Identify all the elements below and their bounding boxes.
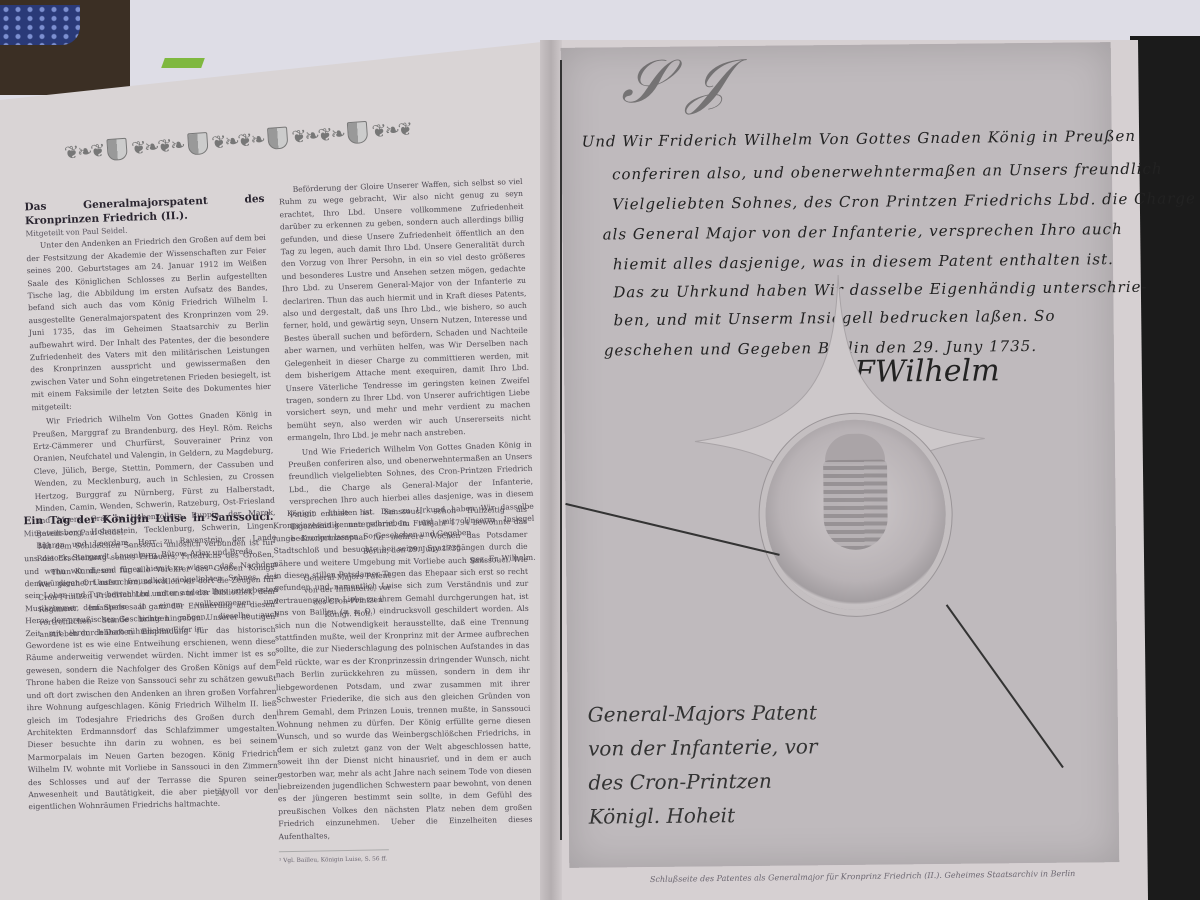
- docket-line: Königl. Hoheit: [589, 797, 819, 833]
- article2-text-col1: Mit dem Schlößchen Sanssouci unlöslich v…: [24, 537, 279, 814]
- docket-line: General-Majors Patent: [588, 695, 818, 731]
- shield-icon: [187, 132, 208, 155]
- wax-seal: [765, 419, 947, 611]
- book-gutter: [540, 40, 562, 900]
- facsimile-line: als General Major von der Infanterie, ve…: [603, 220, 1123, 243]
- shield-icon: [107, 138, 128, 161]
- vine-ornament-icon: ❦❧❦❧: [131, 134, 185, 159]
- shield-icon: [267, 126, 288, 149]
- background-green-object: [161, 58, 205, 68]
- docket-line: von der Infanterie, vor: [588, 729, 818, 765]
- article1-continuation: Beförderung der Gloire Unserer Waffen, s…: [278, 176, 531, 445]
- facsimile-docket: General-Majors Patent von der Infanterie…: [588, 695, 819, 833]
- facsimile-plate: 𝒮 𝒥 Und Wir Friderich Wilhelm Von Gottes…: [561, 42, 1120, 868]
- facsimile-line: conferiren also, und obenerwehntermaßen …: [612, 160, 1163, 184]
- article2-column-left: Ein Tag der Königin Luise in Sanssouci. …: [23, 510, 278, 816]
- article2-byline: Mitgeteilt von Paul Seidel.: [24, 528, 126, 539]
- plate-border-line: [560, 60, 562, 840]
- footnote-rule: [279, 849, 389, 852]
- shield-icon: [347, 121, 368, 144]
- docket-line: des Cron-Printzen: [588, 763, 818, 799]
- article2-text-col2: Königin Luise hat Sanssouci schon frühze…: [273, 504, 533, 843]
- page-number: 240: [215, 790, 228, 798]
- article2-column-right: Königin Luise hat Sanssouci schon frühze…: [273, 504, 533, 868]
- vine-ornament-icon: ❦❧❦❧: [291, 123, 345, 148]
- article1-intro: Unter den Andenken an Friedrich den Groß…: [26, 232, 272, 414]
- vine-ornament-icon: ❦❧❦❧: [211, 129, 265, 154]
- vine-ornament-icon: ❦❧❦: [371, 118, 412, 142]
- flourish-ornament-icon: 𝒮 𝒥: [621, 46, 729, 117]
- background-keyboard: [0, 5, 80, 45]
- article2-title: Ein Tag der Königin Luise in Sanssouci.: [23, 511, 273, 527]
- vine-ornament-icon: ❦❧❦: [64, 140, 105, 164]
- seal-cord: [946, 604, 1064, 768]
- coat-of-arms-icon: [823, 460, 888, 551]
- facsimile-line: Vielgeliebten Sohnes, des Cron Printzen …: [612, 189, 1196, 213]
- facsimile-line: Und Wir Friderich Wilhelm Von Gottes Gna…: [582, 127, 1137, 151]
- facsimile-line: hiemit alles dasjenige, was in diesem Pa…: [613, 250, 1114, 273]
